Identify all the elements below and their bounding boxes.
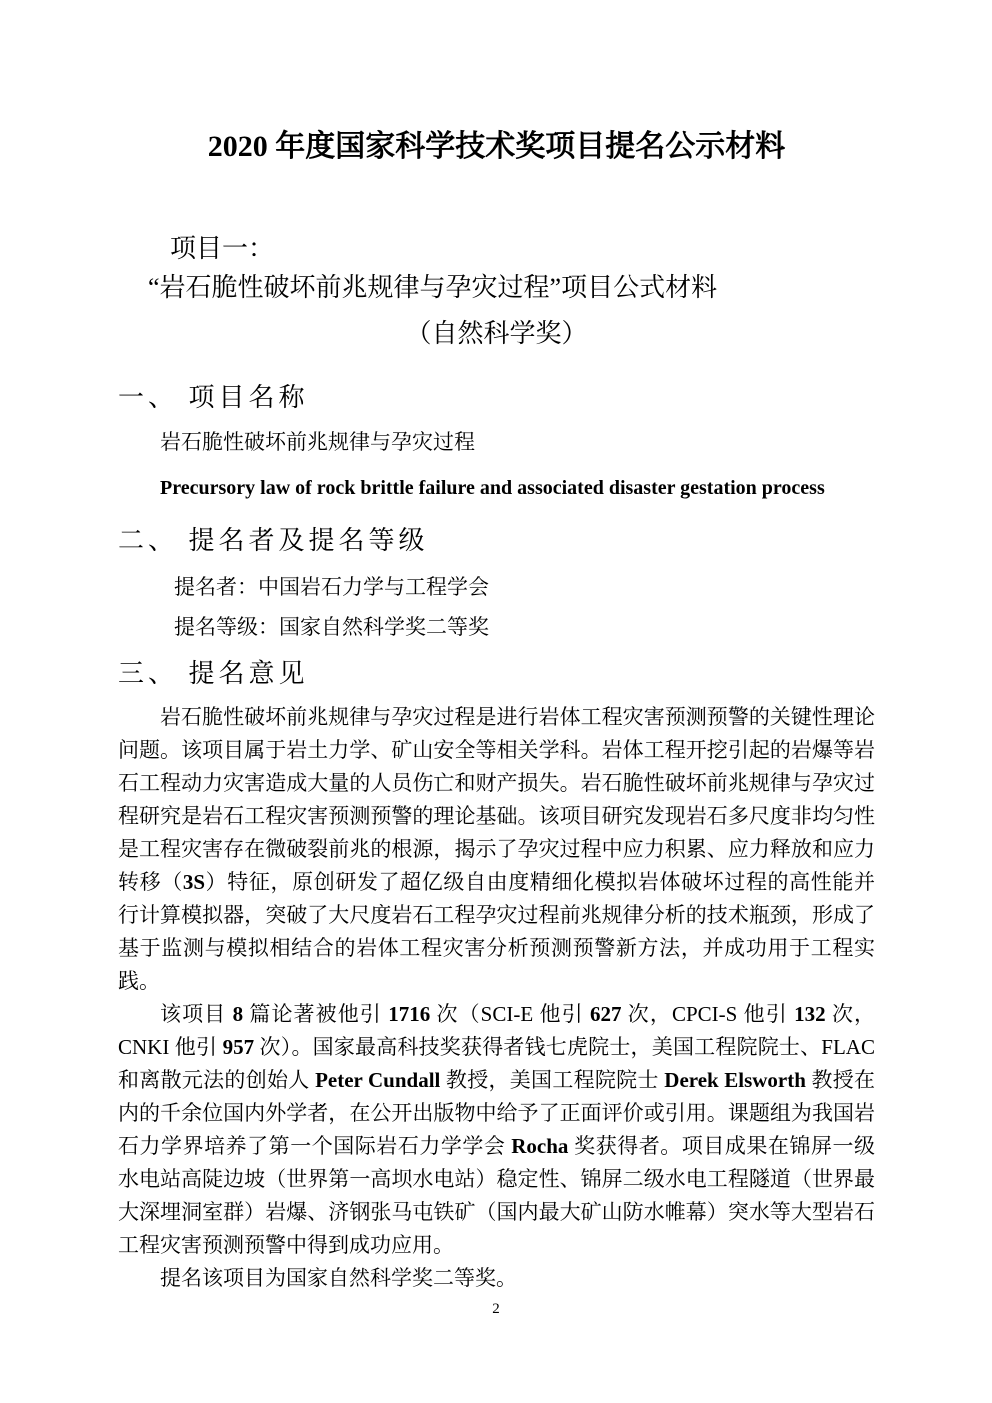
project-name-en: Precursory law of rock brittle failure a… (160, 473, 875, 503)
award-category: （自然科学奖） (118, 316, 875, 352)
text-run: 提名该项目为国家自然科学奖二等奖。 (160, 1266, 517, 1290)
bold-run: Derek Elsworth (664, 1068, 806, 1092)
nomination-paragraphs: 岩石脆性破坏前兆规律与孕灾过程是进行岩体工程灾害预测预警的关键性理论问题。该项目… (118, 701, 875, 1295)
project-name-zh: 岩石脆性破坏前兆规律与孕灾过程 (118, 426, 875, 459)
document-title: 2020 年度国家科学技术奖项目提名公示材料 (118, 128, 875, 165)
text-run: 该项目 (160, 1002, 233, 1026)
section2-heading: 二、 提名者及提名等级 (118, 524, 875, 558)
nominator-line: 提名者：中国岩石力学与工程学会 (174, 571, 875, 604)
nomination-grade-line: 提名等级：国家自然科学奖二等奖 (174, 611, 875, 644)
text-run: 岩石脆性破坏前兆规律与孕灾过程是进行岩体工程灾害预测预警的关键性理论问题。该项目… (118, 705, 875, 894)
bold-run: 957 (223, 1035, 255, 1059)
bold-run: 8 (233, 1002, 244, 1026)
text-run: 篇论著被他引 (243, 1002, 388, 1026)
section3-heading: 三、 提名意见 (118, 657, 875, 691)
bold-run: 3S (183, 870, 205, 894)
document-content: 2020 年度国家科学技术奖项目提名公示材料 项目一： “岩石脆性破坏前兆规律与… (0, 0, 992, 1295)
text-run: 教授，美国工程院院士 (440, 1068, 664, 1092)
page-number: 2 (0, 1300, 992, 1318)
bold-run: 627 (590, 1002, 622, 1026)
nomination-paragraph: 提名该项目为国家自然科学奖二等奖。 (118, 1262, 875, 1295)
text-run: 次，CPCI-S 他引 (621, 1002, 794, 1026)
nomination-paragraph: 岩石脆性破坏前兆规律与孕灾过程是进行岩体工程灾害预测预警的关键性理论问题。该项目… (118, 701, 875, 998)
text-run: 次（SCI-E 他引 (430, 1002, 590, 1026)
bold-run: 132 (794, 1002, 826, 1026)
project-title-line: “岩石脆性破坏前兆规律与孕灾过程”项目公式材料 (148, 270, 875, 306)
project-label: 项目一： (170, 231, 875, 267)
bold-run: Peter Cundall (315, 1068, 440, 1092)
bold-run: 1716 (388, 1002, 430, 1026)
bold-run: Rocha (511, 1134, 568, 1158)
nomination-paragraph: 该项目 8 篇论著被他引 1716 次（SCI-E 他引 627 次，CPCI-… (118, 998, 875, 1262)
section1-heading: 一、 项目名称 (118, 381, 875, 415)
text-run: ）特征，原创研发了超亿级自由度精细化模拟岩体破坏过程的高性能并行计算模拟器，突破… (118, 870, 875, 993)
document-page: 2020 年度国家科学技术奖项目提名公示材料 项目一： “岩石脆性破坏前兆规律与… (0, 0, 992, 1403)
